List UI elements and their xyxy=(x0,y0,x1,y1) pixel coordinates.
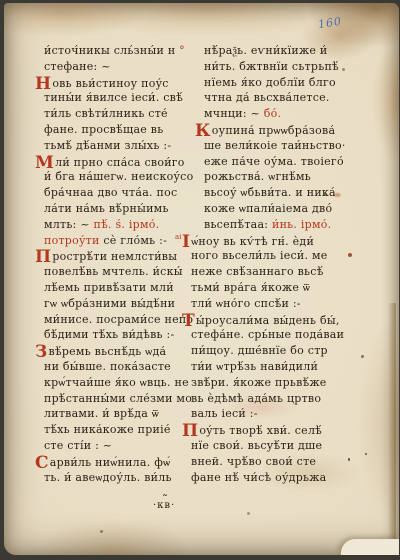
text-line: Ты́роусали́ма вы́день бы́, xyxy=(191,312,386,328)
ink-text: нїе свои́. вьсуѣ́ти дше xyxy=(191,439,322,452)
text-line: бѣ́дими тѣ́хь ви́дѣвь :- xyxy=(44,327,202,343)
ink-text: неже свѣ́заннаго вьсѣ́ xyxy=(191,265,324,278)
ink-text: ы́роусали́ма вы́день бы́, xyxy=(196,314,340,327)
text-line: еже па́че оу́ма. твоіего́ xyxy=(204,154,386,170)
text-line: ти́и ѡтрѣ́зь нави́дили́ xyxy=(191,359,386,375)
ink-text: чтна да́ вьсхва́летсе. xyxy=(204,91,330,104)
ink-text: звѣ́ри. я́коже прьвѣ́же xyxy=(191,376,327,389)
ink-text: ти́ль свѣти́лникь сте́ xyxy=(44,107,168,120)
ink-speck xyxy=(348,253,352,257)
ink-text: ного вьсели́ль іеси́. ме xyxy=(191,249,328,262)
ink-text: ли́ прно спа́са свои́го xyxy=(55,156,185,169)
ink-text: сѐ гло́мь :- xyxy=(100,234,168,247)
text-line: повелѣ́вь мчтель. и́скы́ xyxy=(44,264,202,280)
ink-text: коже ѡпали́аіема дво́ xyxy=(204,202,332,215)
ink-text: млть: ~ xyxy=(44,218,94,231)
ink-text: ть. и́ авеѡдоу́ль. ви́ль xyxy=(44,471,172,484)
text-line: вьсоу́ ѡбьви́та. и ника́ xyxy=(204,185,386,201)
ink-text: рожьства́. ѡгнѣ́мь xyxy=(204,170,311,183)
ink-speck xyxy=(342,68,345,71)
ink-text: стефа́не. срь́ные пода́ваи xyxy=(191,328,344,341)
text-line: тли́ ѡно́го спсѣ́и :- xyxy=(191,296,386,312)
ink-text: рострѣ́ти немлсти́вы xyxy=(52,250,177,263)
drop-cap-initial: І xyxy=(182,232,190,252)
ink-text: бѣ́дими тѣ́хь ви́дѣвь :- xyxy=(44,328,174,341)
ink-text: тьмѣ́ дѣ́анми злы́хь :- xyxy=(44,139,171,152)
text-line: ти́ль свѣти́лникь сте́ xyxy=(44,106,202,122)
quire-titlo: ˜ xyxy=(162,493,168,507)
ink-text: гѡ ѡбра́зними вы́дѣ́ни xyxy=(44,297,175,310)
text-line: прѣ́станны́ми сле́зми мо xyxy=(44,391,202,407)
text-line: Новь вьи́стиноу поу́с xyxy=(44,75,202,91)
ink-speck xyxy=(100,530,103,533)
text-line: сте сті́и : ~ xyxy=(44,438,202,454)
quire-signature: ˜·кв· xyxy=(153,500,175,511)
text-line: пи́щоу. дше́внїе бо стр xyxy=(191,343,386,359)
text-line: Коупина́ прѡѡбра́зова́ xyxy=(204,122,386,138)
text-line: мчнци: ~ бо́. xyxy=(204,106,386,122)
ink-text: повелѣ́вь мчтель. и́скы́ xyxy=(44,265,183,278)
text-line: тьмѣ́ дѣ́анми злы́хь :- xyxy=(44,138,202,154)
text-line: литвами. и́ врѣ́да ѿ xyxy=(44,406,202,422)
text-line: нїемь я́ко доблїи блго xyxy=(204,75,386,91)
text-line: лѣ́емь привѣ́зати мли́ xyxy=(44,280,202,296)
ink-text: ше вели́коіе таи́ньство· xyxy=(204,139,346,152)
page-fore-edge xyxy=(388,303,396,541)
rubric-text: пѣ́. ѕ́. ірмо́. xyxy=(94,218,160,231)
text-line: тѣ́хь ника́коже приіе́ xyxy=(44,422,202,438)
ink-text: лѣ́емь привѣ́зати мли́ xyxy=(44,281,174,294)
ink-text: вней. чрѣ́во свои́ сте xyxy=(191,455,316,468)
text-line: Звѣ́ремь вьснѣ́дь ѡда́ xyxy=(44,343,202,359)
text-line: рожьства́. ѡгнѣ́мь xyxy=(204,169,386,185)
text-line: крѡ́тчаи́ше я́ко ѡвць. не xyxy=(44,375,202,391)
folio-number: 160 xyxy=(317,14,349,32)
ink-speck xyxy=(324,193,327,196)
ink-text: ла́ти на́мь вѣ́рны́имь xyxy=(44,202,169,215)
text-line: ше вели́коіе таи́ньство· xyxy=(204,138,386,154)
ink-text: пи́щоу. дше́внїе бо стр xyxy=(191,344,328,357)
text-line: фане. просвѣ́щае вь xyxy=(44,122,202,138)
underlying-page-corner xyxy=(341,539,399,555)
ink-text: фане нѣ́ чи́сѣ оу́дрьжа xyxy=(191,471,326,484)
text-line: тины́и я́вилсе іеси́. свѣ́ xyxy=(44,90,202,106)
ink-text: мчнци: ~ xyxy=(204,107,264,120)
ink-text: крѡ́тчаи́ше я́ко ѡвць. не xyxy=(44,376,189,389)
text-line: фане нѣ́ чи́сѣ оу́дрьжа xyxy=(191,470,386,486)
ink-text: арви́ль ниѡ́нила. фѡ́ xyxy=(50,456,171,469)
text-line: вней. чрѣ́во свои́ сте xyxy=(191,454,386,470)
left-text-column: и́сточ́никы сль́зны́и н °стефане: ~Новь … xyxy=(44,43,202,485)
ink-text: прѣ́станны́ми сле́зми мо xyxy=(44,392,192,405)
ink-text: ми́нисе. посрами́се непо xyxy=(44,313,193,326)
rubric-text: ° xyxy=(175,44,185,57)
text-line: бра́чнаа дво чта́а. пос xyxy=(44,185,202,201)
ink-text: оу́ть творѣ́ хви́. селѣ́ xyxy=(199,424,322,437)
ink-text: ни бы́вше. пока́засте xyxy=(44,360,171,373)
text-line: стефане: ~ xyxy=(44,59,202,75)
text-line: коже ѡпали́аіема дво́ xyxy=(204,201,386,217)
text-line: ного вьсели́ль іеси́. ме xyxy=(191,248,386,264)
ink-offset-stain xyxy=(226,395,296,419)
ink-text: и́сточ́никы сль́зны́и н xyxy=(44,44,175,57)
text-line: Поу́ть творѣ́ хви́. селѣ́ xyxy=(191,422,386,438)
text-line: и́сточ́никы сль́зны́и н ° xyxy=(44,43,202,59)
ink-text: сте сті́и : ~ xyxy=(44,439,112,452)
rubric-text: и́нь. ірмо́. xyxy=(272,218,331,231)
text-line: Мли́ прно спа́са свои́го xyxy=(44,154,202,170)
text-line: чтна да́ вьсхва́летсе. xyxy=(204,90,386,106)
ink-text: стефане: ~ xyxy=(44,60,111,73)
text-line: Прострѣ́ти немлсти́вы xyxy=(44,248,202,264)
red-ink-blot xyxy=(333,192,342,198)
ink-text: ти́и ѡтрѣ́зь нави́дили́ xyxy=(191,360,318,373)
ink-text: литвами. и́ врѣ́да ѿ xyxy=(44,407,159,420)
text-line: стефа́не. срь́ные пода́ваи xyxy=(191,327,386,343)
ink-text: ѡ́ноу вь кѵ́тѣ гн́. ѐди́ xyxy=(191,235,314,248)
text-line: и́ бга на́шегѡ. неискоу́со xyxy=(44,169,202,185)
ink-text: ни́ть. бжтвнїи сьтрьпѣ́ xyxy=(204,60,339,73)
ink-text: бра́чнаа дво чта́а. пос xyxy=(44,186,177,199)
text-line: ть. и́ авеѡдоу́ль. ви́ль xyxy=(44,470,202,486)
text-line: нѣ́раѯь. еѵни́кїиже и́ xyxy=(204,43,386,59)
rubric-text: потроу́ти xyxy=(44,234,100,247)
text-line: ни бы́вше. пока́засте xyxy=(44,359,202,375)
rubric-text: бо́. xyxy=(264,107,282,120)
marginal-number: аі xyxy=(175,230,181,246)
ink-text: нѣ́раѯь. еѵни́кїиже и́ xyxy=(204,44,327,57)
text-line: гѡ ѡбра́зними вы́дѣ́ни xyxy=(44,296,202,312)
ink-text: тьми́ вра́га я́коже ѿ xyxy=(191,281,310,294)
text-line: аіІѡ́ноу вь кѵ́тѣ гн́. ѐди́ xyxy=(191,233,386,249)
ink-speck xyxy=(247,512,250,515)
ink-text: фане. просвѣ́щае вь xyxy=(44,123,163,136)
text-line: ла́ти на́мь вѣ́рны́имь xyxy=(44,201,202,217)
text-line: неже свѣ́заннаго вьсѣ́ xyxy=(191,264,386,280)
manuscript-page: 160 и́сточ́никы сль́зны́и н °стефане: ~Н… xyxy=(4,3,399,555)
text-line: ни́ть. бжтвнїи сьтрьпѣ́ xyxy=(204,59,386,75)
text-line: Сарви́ль ниѡ́нила. фѡ́ xyxy=(44,454,202,470)
text-line: тьми́ вра́га я́коже ѿ xyxy=(191,280,386,296)
ink-speck xyxy=(361,355,364,358)
text-line: нїе свои́. вьсуѣ́ти дше xyxy=(191,438,386,454)
ink-speck xyxy=(365,453,367,455)
ink-text: вьсоу́ ѡбьви́та. и ника́ xyxy=(204,186,336,199)
ink-text: оупина́ прѡѡбра́зова́ xyxy=(212,124,336,137)
ink-text: вѣ́ремь вьснѣ́дь ѡда́ xyxy=(49,345,167,358)
ink-text: тли́ ѡно́го спсѣ́и :- xyxy=(191,297,301,310)
ink-text: нїемь я́ко доблїи блго xyxy=(204,76,336,89)
ink-text: тѣ́хь ника́коже приіе́ xyxy=(44,423,171,436)
ink-text: овь вьи́стиноу поу́с xyxy=(52,77,168,90)
text-line: вьсепѣ́таа: и́нь. ірмо́. xyxy=(204,217,386,233)
manuscript-photo: 160 и́сточ́никы сль́зны́и н °стефане: ~Н… xyxy=(0,0,400,560)
ink-text: вьсепѣ́таа: xyxy=(204,218,272,231)
ink-speck xyxy=(348,458,350,461)
text-line: ми́нисе. посрами́се непо xyxy=(44,312,202,328)
text-line: звѣ́ри. я́коже прьвѣ́же xyxy=(191,375,386,391)
ink-text: и́ бга на́шегѡ. неискоу́со xyxy=(44,170,193,183)
ink-text: еже па́че оу́ма. твоіего́ xyxy=(204,155,344,168)
ink-text: тины́и я́вилсе іеси́. свѣ́ xyxy=(44,91,183,104)
